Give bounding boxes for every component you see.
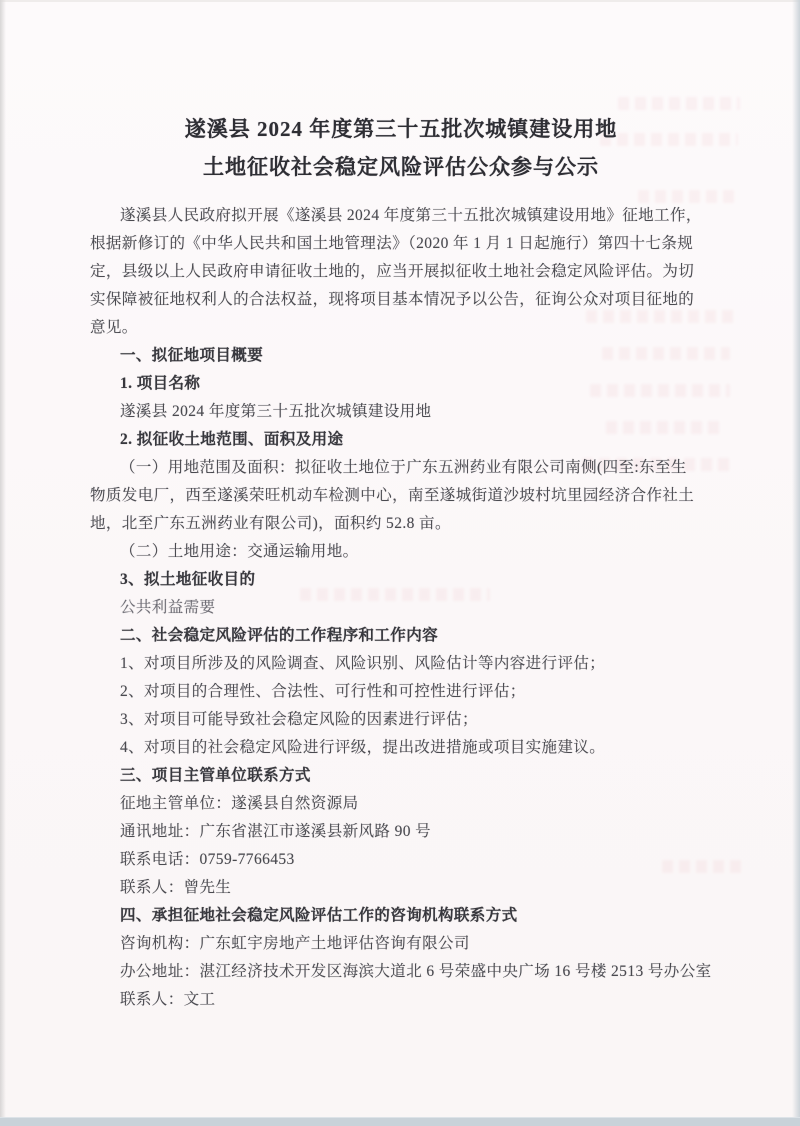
section1-item1-heading: 1. 项目名称 [90, 370, 712, 398]
document-title: 遂溪县 2024 年度第三十五批次城镇建设用地 土地征收社会稳定风险评估公众参与… [90, 0, 712, 186]
section1-item3-heading: 3、拟土地征收目的 [90, 566, 712, 594]
section3-item: 联系电话：0759-7766453 [90, 846, 712, 874]
section4-item: 办公地址：湛江经济技术开发区海滨大道北 6 号荣盛中央广场 16 号楼 2513… [90, 958, 712, 986]
section3-item: 联系人：曾先生 [90, 874, 712, 902]
section4-item: 咨询机构：广东虹宇房地产土地评估咨询有限公司 [90, 930, 712, 958]
scan-edge-right [792, 0, 800, 1126]
section4-heading: 四、承担征地社会稳定风险评估工作的咨询机构联系方式 [90, 902, 712, 930]
section1-item2-line: （一）用地范围及面积：拟征收土地位于广东五洲药业有限公司南侧(四至:东至生 [90, 454, 712, 482]
section1-item2-heading: 2. 拟征收土地范围、面积及用途 [90, 426, 712, 454]
section3-item: 通讯地址：广东省湛江市遂溪县新风路 90 号 [90, 818, 712, 846]
intro-line: 根据新修订的《中华人民共和国土地管理法》（2020 年 1 月 1 日起施行）第… [90, 230, 712, 258]
scan-edge-left [0, 0, 6, 1126]
section1-item1-value: 遂溪县 2024 年度第三十五批次城镇建设用地 [90, 398, 712, 426]
section2-item: 2、对项目的合理性、合法性、可行性和可控性进行评估； [90, 678, 712, 706]
document-body: 遂溪县人民政府拟开展《遂溪县 2024 年度第三十五批次城镇建设用地》征地工作，… [90, 202, 712, 1014]
scan-edge-bottom [0, 1117, 800, 1126]
section1-item2-use: （二）土地用途：交通运输用地。 [90, 538, 712, 566]
section1-item3-value: 公共利益需要 [90, 594, 712, 622]
title-line-2: 土地征收社会稳定风险评估公众参与公示 [90, 148, 712, 186]
section3-item: 征地主管单位：遂溪县自然资源局 [90, 790, 712, 818]
intro-line: 实保障被征地权利人的合法权益，现将项目基本情况予以公告，征询公众对项目征地的 [90, 286, 712, 314]
section1-heading: 一、拟征地项目概要 [90, 342, 712, 370]
document-page: 遂溪县 2024 年度第三十五批次城镇建设用地 土地征收社会稳定风险评估公众参与… [0, 0, 800, 1126]
title-line-1: 遂溪县 2024 年度第三十五批次城镇建设用地 [90, 110, 712, 148]
section2-item: 3、对项目可能导致社会稳定风险的因素进行评估； [90, 706, 712, 734]
intro-line: 遂溪县人民政府拟开展《遂溪县 2024 年度第三十五批次城镇建设用地》征地工作， [90, 202, 712, 230]
section1-item2-line: 地，北至广东五洲药业有限公司)，面积约 52.8 亩。 [90, 510, 712, 538]
section1-item2-line: 物质发电厂，西至遂溪荣旺机动车检测中心，南至遂城街道沙坡村坑里园经济合作社土 [90, 482, 712, 510]
section3-heading: 三、项目主管单位联系方式 [90, 762, 712, 790]
document-content: 遂溪县 2024 年度第三十五批次城镇建设用地 土地征收社会稳定风险评估公众参与… [90, 0, 712, 1014]
intro-line: 意见。 [90, 314, 712, 342]
section4-item: 联系人：文工 [90, 986, 712, 1014]
section2-item: 1、对项目所涉及的风险调查、风险识别、风险估计等内容进行评估； [90, 650, 712, 678]
section2-item: 4、对项目的社会稳定风险进行评级，提出改进措施或项目实施建议。 [90, 734, 712, 762]
intro-line: 定，县级以上人民政府申请征收土地的，应当开展拟征收土地社会稳定风险评估。为切 [90, 258, 712, 286]
section2-heading: 二、社会稳定风险评估的工作程序和工作内容 [90, 622, 712, 650]
